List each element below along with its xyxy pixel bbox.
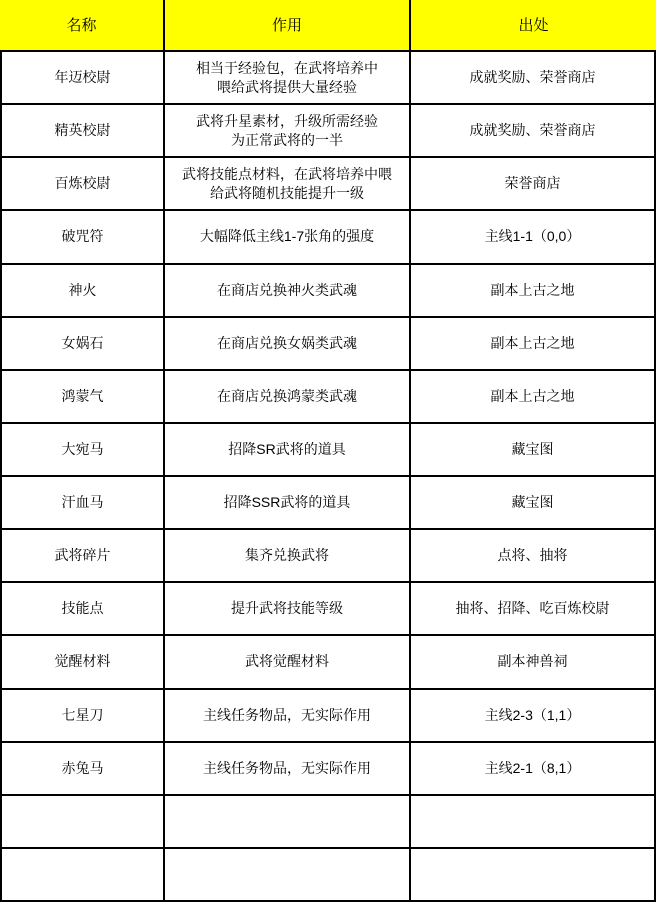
source-cell: 抽将、招降、吃百炼校尉: [411, 583, 656, 636]
source-cell: 副本上古之地: [411, 265, 656, 318]
source-cell: 荣誉商店: [411, 158, 656, 211]
name-cell: [0, 796, 165, 849]
name-cell: 大宛马: [0, 424, 165, 477]
source-cell: 主线2-1（8,1）: [411, 743, 656, 796]
name-cell: 武将碎片: [0, 530, 165, 583]
source-cell: 藏宝图: [411, 477, 656, 530]
source-cell: 副本神兽祠: [411, 636, 656, 689]
source-cell: 副本上古之地: [411, 318, 656, 371]
effect-cell: 武将升星素材，升级所需经验 为正常武将的一半: [165, 105, 411, 158]
name-cell: 汗血马: [0, 477, 165, 530]
name-cell: 七星刀: [0, 690, 165, 743]
name-cell: 觉醒材料: [0, 636, 165, 689]
name-cell: 神火: [0, 265, 165, 318]
effect-cell: 在商店兑换女娲类武魂: [165, 318, 411, 371]
effect-cell: 主线任务物品，无实际作用: [165, 690, 411, 743]
name-cell: 女娲石: [0, 318, 165, 371]
effect-cell: [165, 849, 411, 902]
effect-cell: [165, 796, 411, 849]
effect-cell: 在商店兑换神火类武魂: [165, 265, 411, 318]
header-source: 出处: [411, 0, 656, 52]
effect-cell: 武将觉醒材料: [165, 636, 411, 689]
source-cell: 成就奖励、荣誉商店: [411, 105, 656, 158]
effect-cell: 相当于经验包，在武将培养中 喂给武将提供大量经验: [165, 52, 411, 105]
effect-cell: 主线任务物品，无实际作用: [165, 743, 411, 796]
name-cell: 年迈校尉: [0, 52, 165, 105]
source-cell: 点将、抽将: [411, 530, 656, 583]
name-cell: [0, 849, 165, 902]
source-cell: [411, 849, 656, 902]
name-cell: 精英校尉: [0, 105, 165, 158]
items-table: 名称 作用 出处 年迈校尉 相当于经验包，在武将培养中 喂给武将提供大量经验 成…: [0, 0, 656, 902]
source-cell: 主线2-3（1,1）: [411, 690, 656, 743]
source-cell: 藏宝图: [411, 424, 656, 477]
effect-cell: 提升武将技能等级: [165, 583, 411, 636]
name-cell: 破咒符: [0, 211, 165, 264]
effect-cell: 大幅降低主线1-7张角的强度: [165, 211, 411, 264]
header-name: 名称: [0, 0, 165, 52]
name-cell: 百炼校尉: [0, 158, 165, 211]
effect-cell: 武将技能点材料，在武将培养中喂 给武将随机技能提升一级: [165, 158, 411, 211]
name-cell: 技能点: [0, 583, 165, 636]
effect-cell: 招降SR武将的道具: [165, 424, 411, 477]
effect-cell: 在商店兑换鸿蒙类武魂: [165, 371, 411, 424]
source-cell: 副本上古之地: [411, 371, 656, 424]
name-cell: 赤兔马: [0, 743, 165, 796]
source-cell: 成就奖励、荣誉商店: [411, 52, 656, 105]
effect-cell: 招降SSR武将的道具: [165, 477, 411, 530]
header-effect: 作用: [165, 0, 411, 52]
effect-cell: 集齐兑换武将: [165, 530, 411, 583]
name-cell: 鸿蒙气: [0, 371, 165, 424]
source-cell: 主线1-1（0,0）: [411, 211, 656, 264]
source-cell: [411, 796, 656, 849]
